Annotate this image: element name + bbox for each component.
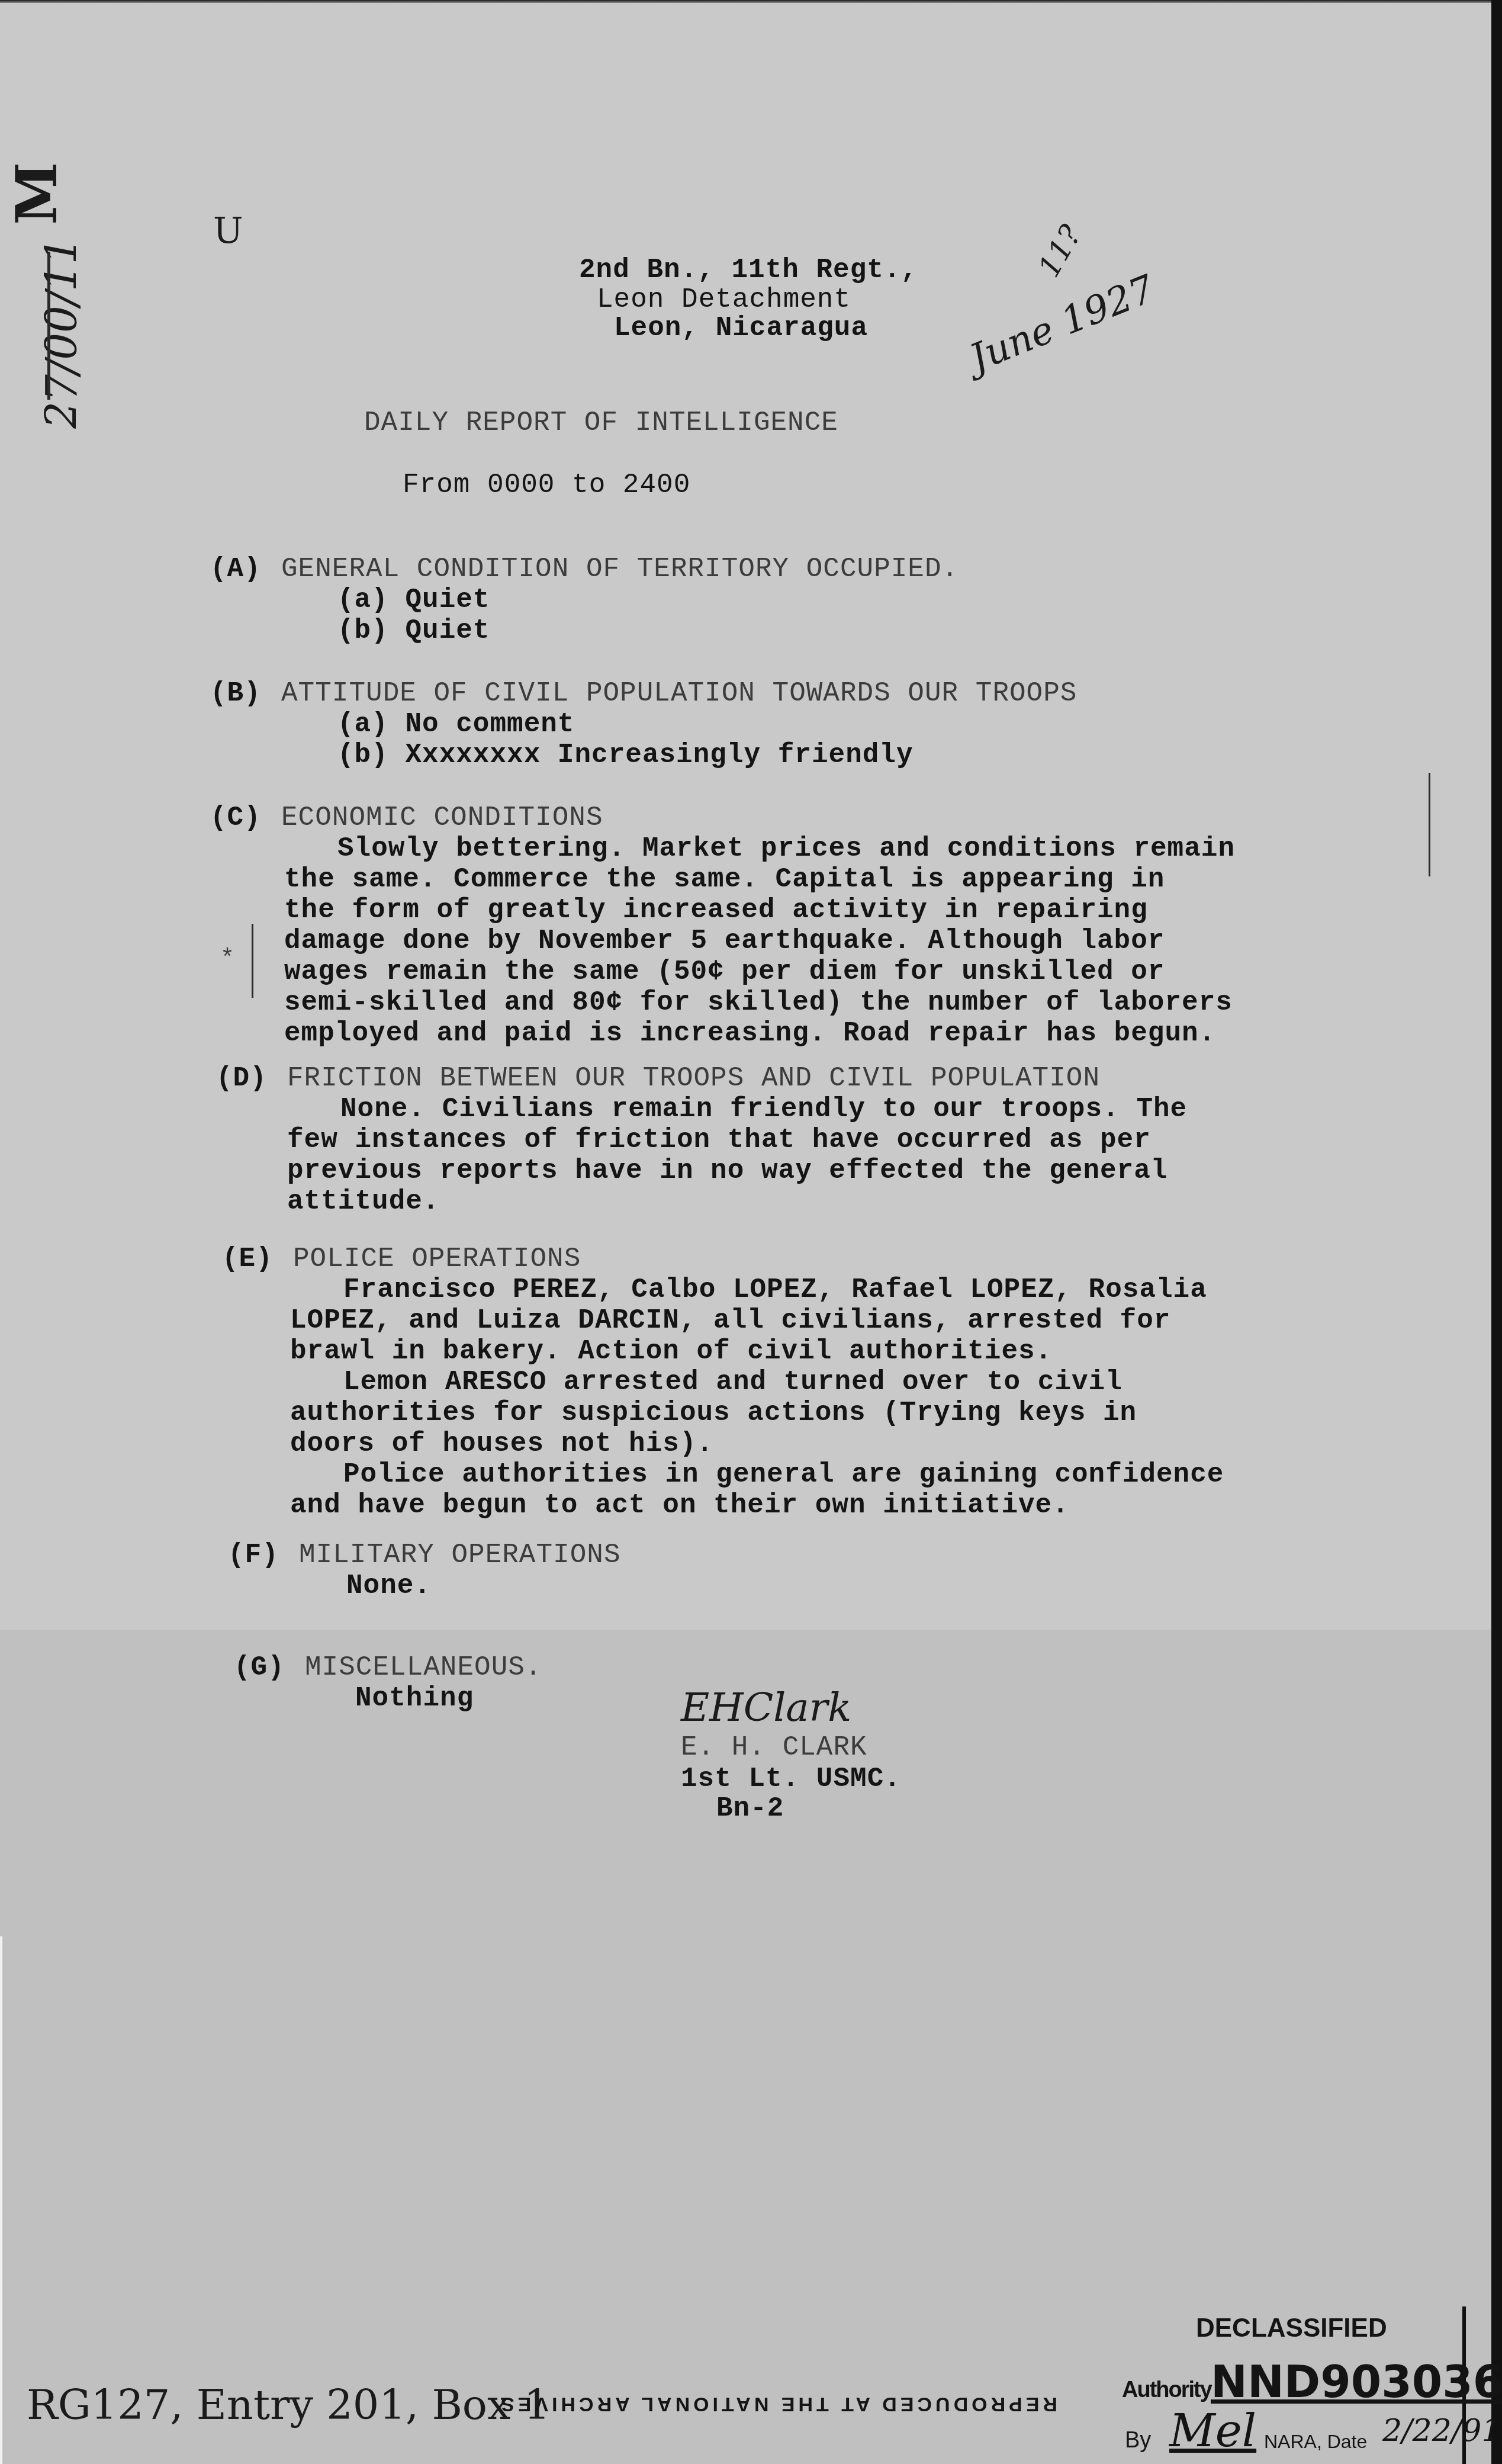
handwritten-date: June 1927	[964, 267, 1161, 381]
section-heading: MILITARY OPERATIONS	[299, 1540, 621, 1570]
section-line: few instances of friction that have occu…	[287, 1125, 1151, 1155]
section-line: Francisco PEREZ, Calbo LOPEZ, Rafael LOP…	[343, 1274, 1207, 1305]
section-line: attitude.	[287, 1186, 439, 1217]
section-heading: POLICE OPERATIONS	[293, 1244, 581, 1274]
report-title: DAILY REPORT OF INTELLIGENCE	[364, 407, 838, 438]
margin-line-right	[1429, 773, 1430, 876]
section-heading: ATTITUDE OF CIVIL POPULATION TOWARDS OUR…	[281, 678, 1077, 709]
section-line: Police authorities in general are gainin…	[343, 1459, 1224, 1490]
scan-edge-artifact	[0, 1936, 2, 2464]
section-line: (a) Quiet	[337, 584, 490, 615]
section-line: semi-skilled and 80¢ for skilled) the nu…	[284, 987, 1233, 1018]
by-label: By	[1125, 2428, 1151, 2453]
date-value: 2/22/91	[1382, 2413, 1501, 2449]
section-line: Lemon ARESCO arrested and turned over to…	[343, 1367, 1123, 1398]
mark-u: U	[213, 210, 243, 252]
section-label: (A)	[210, 554, 261, 584]
section-line: wages remain the same (50¢ per diem for …	[284, 956, 1165, 987]
by-value: Mel	[1169, 2404, 1256, 2457]
section-line: authorities for suspicious actions (Tryi…	[290, 1398, 1137, 1428]
scan-top-edge	[0, 0, 1502, 3]
section-line: doors of houses not his).	[290, 1428, 713, 1459]
unit-line-3: Leon, Nicaragua	[614, 313, 868, 343]
scan-right-edge	[1491, 0, 1502, 2464]
section-line: (a) No comment	[337, 709, 574, 740]
section-line: None.	[346, 1570, 431, 1601]
section-line: the form of greatly increased activity i…	[284, 895, 1148, 926]
section-line: previous reports have in no way effected…	[287, 1155, 1167, 1186]
unit-line-2: Leon Detachment	[597, 284, 851, 315]
section-line: the same. Commerce the same. Capital is …	[284, 864, 1165, 895]
section-heading: FRICTION BETWEEN OUR TROOPS AND CIVIL PO…	[287, 1063, 1100, 1094]
unit-line-1: 2nd Bn., 11th Regt.,	[579, 255, 918, 285]
authority-value: NND903036	[1211, 2357, 1502, 2408]
handwritten-day: 11?	[1031, 219, 1088, 282]
section-line: None. Civilians remain friendly to our t…	[340, 1094, 1187, 1125]
declassified-stamp: DECLASSIFIED Authority NND903036 By Mel …	[1113, 2306, 1466, 2464]
asterisk-annotation: *	[220, 945, 235, 975]
section-label: (G)	[234, 1652, 285, 1683]
section-heading: ECONOMIC CONDITIONS	[281, 802, 603, 833]
archives-stamp: REPRODUCED AT THE NATIONAL ARCHIVES	[497, 2392, 1057, 2415]
signer-office: Bn-2	[716, 1793, 784, 1824]
file-number-annotation: 27/00/11	[37, 237, 86, 428]
section-label: (C)	[210, 802, 261, 833]
signer-name: E. H. CLARK	[681, 1732, 867, 1763]
handwritten-signature: EHClark	[681, 1685, 851, 1730]
section-label: (D)	[216, 1063, 267, 1094]
section-heading: MISCELLANEOUS.	[305, 1652, 542, 1683]
section-heading: GENERAL CONDITION OF TERRITORY OCCUPIED.	[281, 554, 959, 584]
section-line: damage done by November 5 earthquake. Al…	[284, 926, 1165, 956]
section-label: (B)	[210, 678, 261, 709]
initial-mark: M	[3, 162, 70, 224]
section-line: (b) Xxxxxxxx Increasingly friendly	[337, 740, 914, 770]
section-line: and have begun to act on their own initi…	[290, 1490, 1069, 1521]
section-line: Nothing	[355, 1683, 474, 1714]
agency-date-label: NARA, Date	[1264, 2431, 1367, 2453]
file-number-underline	[47, 252, 50, 400]
section-line: employed and paid is increasing. Road re…	[284, 1018, 1215, 1049]
report-period: From 0000 to 2400	[403, 470, 690, 500]
declassified-title: DECLASSIFIED	[1196, 2314, 1387, 2343]
authority-label: Authority	[1122, 2378, 1211, 2403]
section-line: Slowly bettering. Market prices and cond…	[337, 833, 1235, 864]
section-label: (F)	[228, 1540, 279, 1570]
section-line: (b) Quiet	[337, 615, 490, 646]
margin-bar	[252, 924, 253, 998]
section-line: LOPEZ, and Luiza DARCIN, all civilians, …	[290, 1305, 1170, 1336]
section-line: brawl in bakery. Action of civil authori…	[290, 1336, 1052, 1367]
signer-rank: 1st Lt. USMC.	[681, 1763, 901, 1794]
record-reference: RG127, Entry 201, Box 1	[27, 2381, 550, 2429]
section-label: (E)	[222, 1244, 273, 1274]
